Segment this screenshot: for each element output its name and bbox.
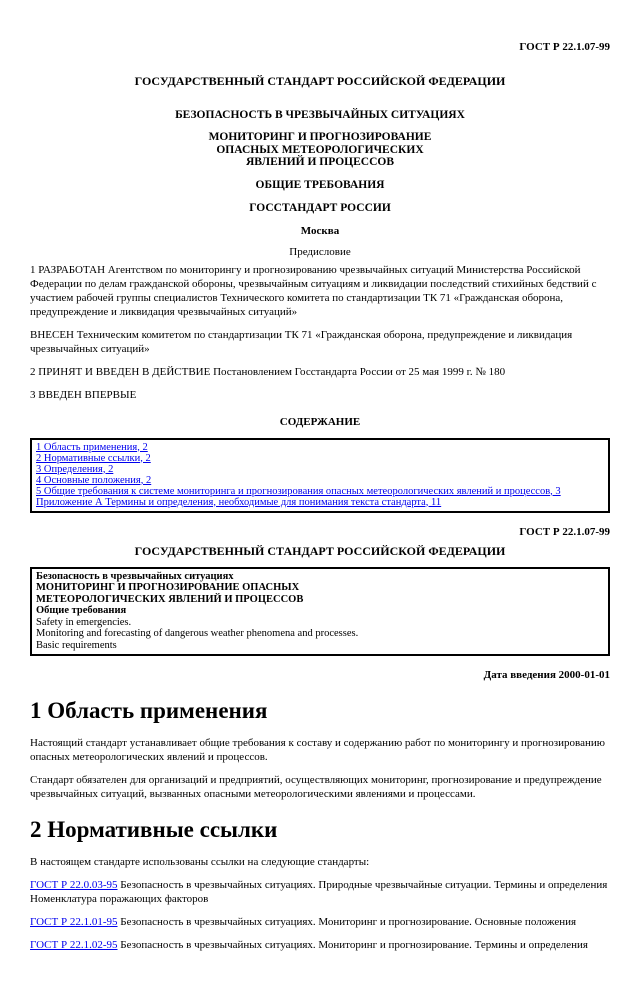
toc-link-basic-provisions[interactable]: 4 Основные положения, 2 [36,475,151,486]
section-1-paragraph: Стандарт обязателен для организаций и пр… [30,773,610,801]
foreword-paragraph: 1 РАЗРАБОТАН Агентством по мониторингу и… [30,263,610,319]
toc-row: 3 Определения, 2 [36,464,604,475]
section-1-paragraph: Настоящий стандарт устанавливает общие т… [30,736,610,764]
reference-description: Безопасность в чрезвычайных ситуациях. М… [120,939,588,951]
standard-country-title-second: ГОСУДАРСТВЕННЫЙ СТАНДАРТ РОССИЙСКОЙ ФЕДЕ… [30,544,610,558]
reference-link-gost-r-22-0-03-95[interactable]: ГОСТ Р 22.0.03-95 [30,879,118,891]
contents-heading: СОДЕРЖАНИЕ [30,415,610,429]
title-block-title-ru-line-2: МЕТЕОРОЛОГИЧЕСКИХ ЯВЛЕНИЙ И ПРОЦЕССОВ [36,594,604,606]
reference-link-gost-r-22-1-01-95[interactable]: ГОСТ Р 22.1.01-95 [30,916,118,928]
toc-row: Приложение А Термины и определения, необ… [36,497,604,508]
toc-link-scope[interactable]: 1 Область применения, 2 [36,442,148,453]
reference-description: Безопасность в чрезвычайных ситуациях. М… [120,916,576,928]
reference-item: ГОСТ Р 22.1.02-95 Безопасность в чрезвыч… [30,938,610,952]
doc-code-second: ГОСТ Р 22.1.07-99 [30,525,610,539]
main-title-line-3: ЯВЛЕНИЙ И ПРОЦЕССОВ [30,156,610,169]
foreword-paragraph: ВНЕСЕН Техническим комитетом по стандарт… [30,328,610,356]
title-block-requirements-en: Basic requirements [36,640,604,652]
city-label: Москва [30,224,610,238]
section-2-heading: 2 Нормативные ссылки [30,817,610,843]
reference-item: ГОСТ Р 22.0.03-95 Безопасность в чрезвыч… [30,878,610,906]
toc-link-general-requirements[interactable]: 5 Общие требования к системе мониторинга… [36,486,561,497]
title-block-subject-ru: Безопасность в чрезвычайных ситуациях [36,571,604,583]
section-2-intro: В настоящем стандарте использованы ссылк… [30,855,610,869]
publisher-label: ГОССТАНДАРТ РОССИИ [30,201,610,215]
reference-item: ГОСТ Р 22.1.01-95 Безопасность в чрезвыч… [30,915,610,929]
section-1-heading: 1 Область применения [30,698,610,724]
standard-title-block: Безопасность в чрезвычайных ситуациях МО… [30,567,610,657]
title-block-requirements-ru: Общие требования [36,605,604,617]
document-page: ГОСТ Р 22.1.07-99 ГОСУДАРСТВЕННЫЙ СТАНДА… [0,0,638,1001]
toc-link-normative-references[interactable]: 2 Нормативные ссылки, 2 [36,453,151,464]
title-block-subject-en: Safety in emergencies. [36,617,604,629]
reference-link-gost-r-22-1-02-95[interactable]: ГОСТ Р 22.1.02-95 [30,939,118,951]
toc-row: 2 Нормативные ссылки, 2 [36,453,604,464]
foreword-heading: Предисловие [30,245,610,259]
main-title-line-1: МОНИТОРИНГ И ПРОГНОЗИРОВАНИЕ [30,131,610,144]
toc-row: 4 Основные положения, 2 [36,475,604,486]
toc-row: 1 Область применения, 2 [36,442,604,453]
standard-country-title: ГОСУДАРСТВЕННЫЙ СТАНДАРТ РОССИЙСКОЙ ФЕДЕ… [30,74,610,88]
general-requirements-label: ОБЩИЕ ТРЕБОВАНИЯ [30,178,610,192]
introduction-date: Дата введения 2000-01-01 [30,668,610,682]
standard-subject: БЕЗОПАСНОСТЬ В ЧРЕЗВЫЧАЙНЫХ СИТУАЦИЯХ [30,108,610,122]
foreword-paragraph: 2 ПРИНЯТ И ВВЕДЕН В ДЕЙСТВИЕ Постановлен… [30,365,610,379]
toc-link-definitions[interactable]: 3 Определения, 2 [36,464,113,475]
title-block-title-ru-line-1: МОНИТОРИНГ И ПРОГНОЗИРОВАНИЕ ОПАСНЫХ [36,582,604,594]
toc-link-appendix-a[interactable]: Приложение А Термины и определения, необ… [36,497,441,508]
toc-row: 5 Общие требования к системе мониторинга… [36,486,604,497]
doc-code-top: ГОСТ Р 22.1.07-99 [30,40,610,54]
table-of-contents: 1 Область применения, 2 2 Нормативные сс… [30,438,610,513]
foreword-paragraph: 3 ВВЕДЕН ВПЕРВЫЕ [30,388,610,402]
main-title-line-2: ОПАСНЫХ МЕТЕОРОЛОГИЧЕСКИХ [30,144,610,157]
title-block-title-en: Monitoring and forecasting of dangerous … [36,628,604,640]
standard-main-title: МОНИТОРИНГ И ПРОГНОЗИРОВАНИЕ ОПАСНЫХ МЕТ… [30,131,610,169]
